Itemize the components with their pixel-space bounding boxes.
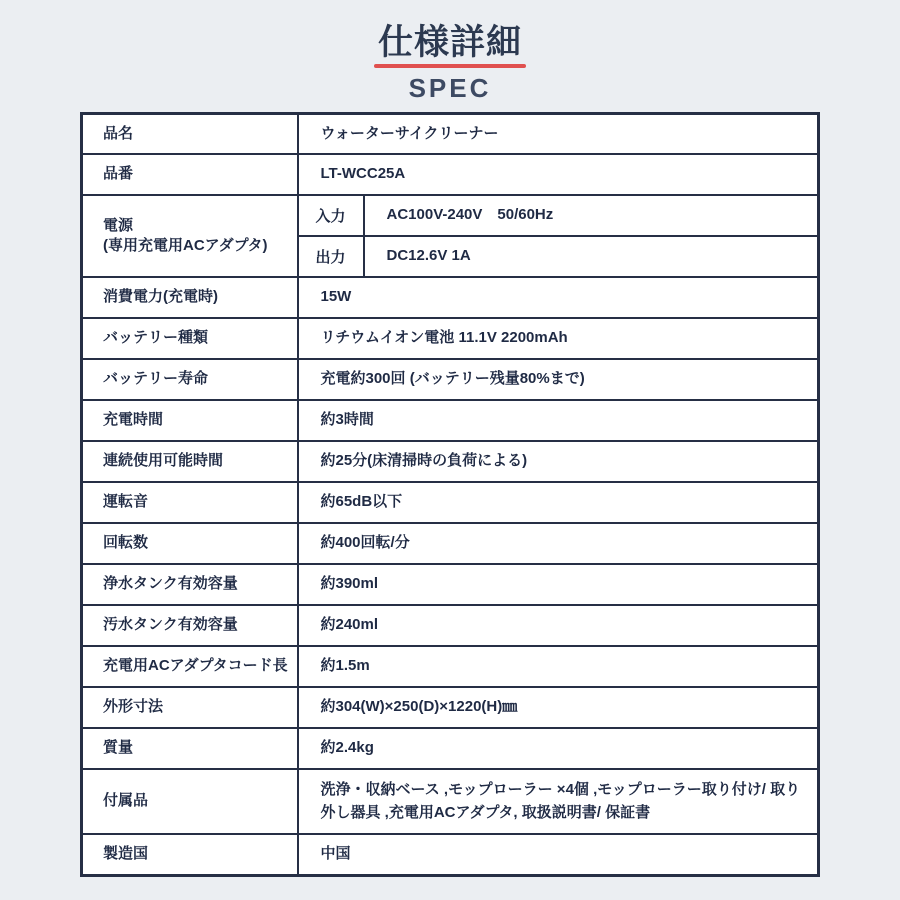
power-input-value: AC100V-240V 50/60Hz	[364, 195, 819, 236]
power-output-label: 出力	[298, 236, 364, 277]
row-charge-time: 充電時間 約3時間	[82, 400, 819, 441]
row-dimensions: 外形寸法 約304(W)×250(D)×1220(H)㎜	[82, 687, 819, 728]
spec-label: 品名	[82, 113, 298, 154]
spec-label: 充電用ACアダプタコード長	[82, 646, 298, 687]
spec-label: 外形寸法	[82, 687, 298, 728]
spec-label: バッテリー寿命	[82, 359, 298, 400]
spec-label: 製造国	[82, 834, 298, 875]
row-weight: 質量 約2.4kg	[82, 728, 819, 769]
spec-value: 洗浄・収納ベース ,モップローラー ×4個 ,モップローラー取り付け/ 取り外し…	[298, 769, 819, 834]
spec-label: 運転音	[82, 482, 298, 523]
page-title: 仕様詳細	[0, 25, 900, 60]
spec-value: 約390ml	[298, 564, 819, 605]
spec-label: バッテリー種類	[82, 318, 298, 359]
spec-value: 15W	[298, 277, 819, 318]
row-product-name: 品名 ウォーターサイクリーナー	[82, 113, 819, 154]
power-output-value: DC12.6V 1A	[364, 236, 819, 277]
row-battery-type: バッテリー種類 リチウムイオン電池 11.1V 2200mAh	[82, 318, 819, 359]
spec-value: 約25分(床清掃時の負荷による)	[298, 441, 819, 482]
title-underline	[374, 64, 526, 68]
spec-value: 約1.5m	[298, 646, 819, 687]
spec-value: LT-WCC25A	[298, 154, 819, 195]
power-input-label: 入力	[298, 195, 364, 236]
row-model-number: 品番 LT-WCC25A	[82, 154, 819, 195]
row-power-consumption: 消費電力(充電時) 15W	[82, 277, 819, 318]
spec-table: 品名 ウォーターサイクリーナー 品番 LT-WCC25A 電源 (専用充電用AC…	[80, 112, 820, 877]
power-label-line2: (専用充電用ACアダプタ)	[103, 237, 268, 254]
spec-value: 約2.4kg	[298, 728, 819, 769]
page-subtitle: SPEC	[0, 74, 900, 103]
spec-page: 仕様詳細 SPEC 品名 ウォーターサイクリーナー 品番 LT-WCC25A 電…	[0, 0, 900, 877]
spec-label: 連続使用可能時間	[82, 441, 298, 482]
page-header: 仕様詳細 SPEC	[0, 0, 900, 103]
spec-value: 中国	[298, 834, 819, 875]
spec-value: 約400回転/分	[298, 523, 819, 564]
row-battery-life: バッテリー寿命 充電約300回 (バッテリー残量80%まで)	[82, 359, 819, 400]
row-country-of-manufacture: 製造国 中国	[82, 834, 819, 875]
spec-value: 充電約300回 (バッテリー残量80%まで)	[298, 359, 819, 400]
spec-value: ウォーターサイクリーナー	[298, 113, 819, 154]
row-clean-water-tank: 浄水タンク有効容量 約390ml	[82, 564, 819, 605]
spec-value: 約65dB以下	[298, 482, 819, 523]
row-power-input: 電源 (専用充電用ACアダプタ) 入力 AC100V-240V 50/60Hz	[82, 195, 819, 236]
row-accessories: 付属品 洗浄・収納ベース ,モップローラー ×4個 ,モップローラー取り付け/ …	[82, 769, 819, 834]
spec-label: 汚水タンク有効容量	[82, 605, 298, 646]
spec-value: 約3時間	[298, 400, 819, 441]
row-waste-water-tank: 汚水タンク有効容量 約240ml	[82, 605, 819, 646]
row-rotation-speed: 回転数 約400回転/分	[82, 523, 819, 564]
spec-label: 回転数	[82, 523, 298, 564]
spec-label: 消費電力(充電時)	[82, 277, 298, 318]
spec-label: 品番	[82, 154, 298, 195]
spec-value: リチウムイオン電池 11.1V 2200mAh	[298, 318, 819, 359]
spec-label: 質量	[82, 728, 298, 769]
row-adapter-cord-length: 充電用ACアダプタコード長 約1.5m	[82, 646, 819, 687]
spec-value: 約240ml	[298, 605, 819, 646]
power-label-line1: 電源	[103, 217, 133, 234]
spec-value: 約304(W)×250(D)×1220(H)㎜	[298, 687, 819, 728]
spec-label: 付属品	[82, 769, 298, 834]
spec-label: 浄水タンク有効容量	[82, 564, 298, 605]
spec-label-power: 電源 (専用充電用ACアダプタ)	[82, 195, 298, 277]
spec-label: 充電時間	[82, 400, 298, 441]
row-continuous-use-time: 連続使用可能時間 約25分(床清掃時の負荷による)	[82, 441, 819, 482]
row-operating-noise: 運転音 約65dB以下	[82, 482, 819, 523]
